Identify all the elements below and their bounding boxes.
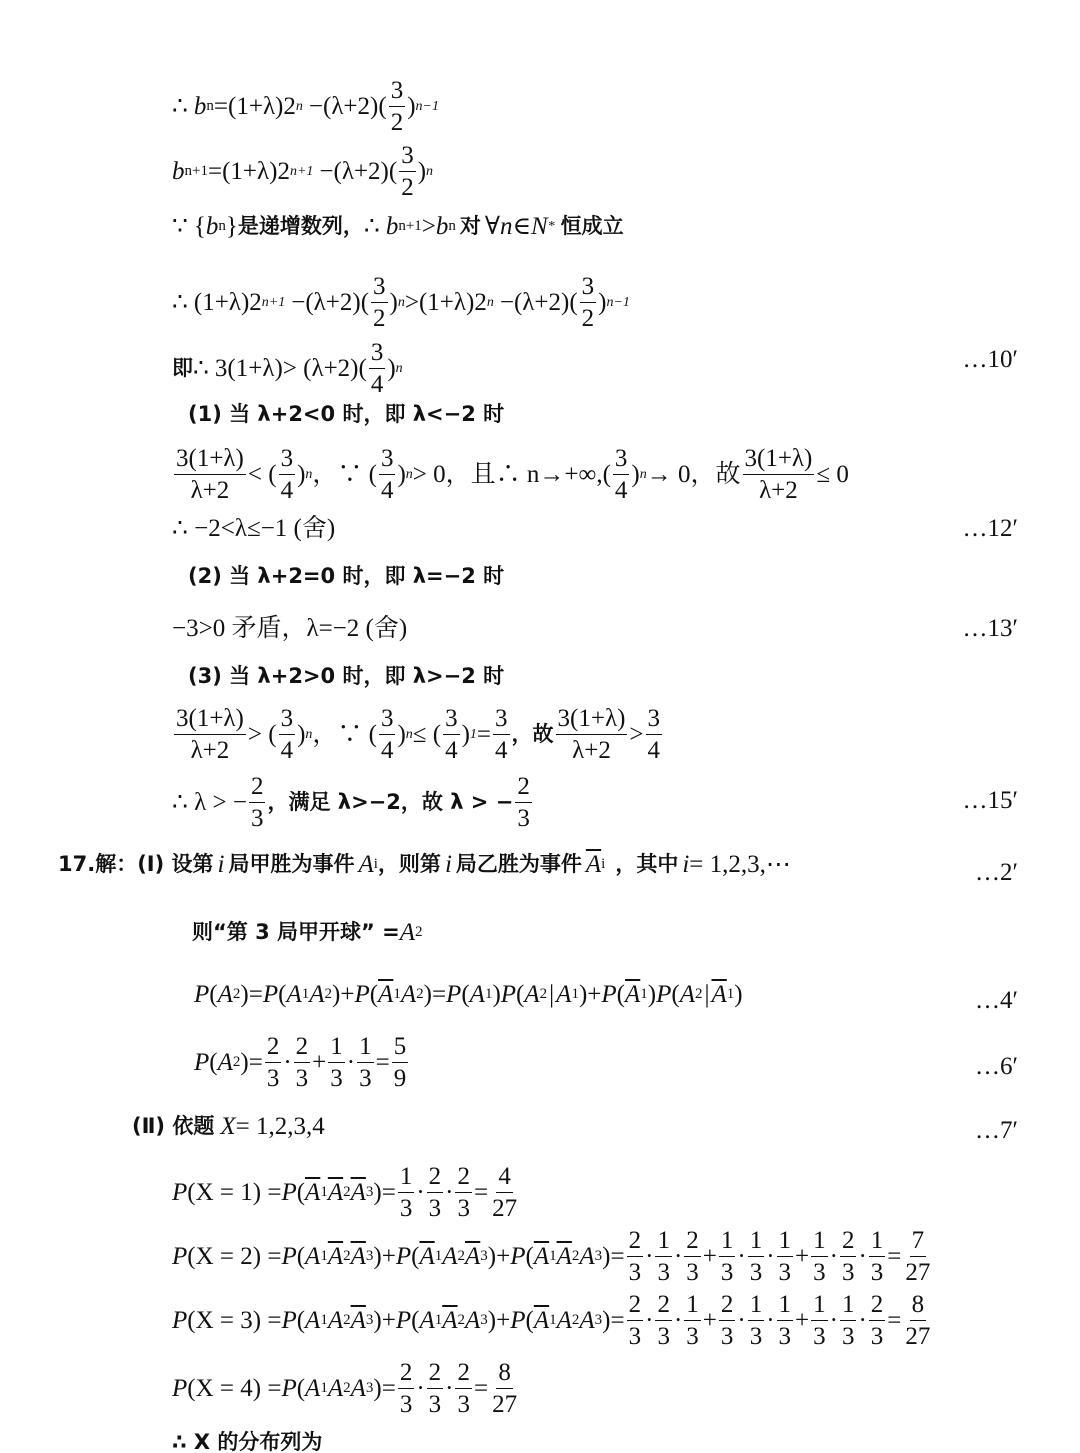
sub: 2 [458, 1249, 466, 1264]
sub: n+1 [185, 164, 208, 179]
text: ∴ X 的分布列为 [172, 1432, 322, 1453]
fraction: 13 [684, 1292, 701, 1349]
var-A: A [305, 1244, 320, 1269]
var-A: A [557, 1308, 572, 1333]
var-A: A [358, 852, 373, 877]
den: 3 [684, 1257, 701, 1285]
num: 1 [357, 1034, 374, 1063]
case-3-derivation: 3(1+λ)λ+2 > ( 34 )n ，∵ ( 34 )n ≤ ( 34 )1… [172, 706, 664, 763]
paren: ( [461, 982, 469, 1007]
plus: + [382, 1244, 396, 1269]
eq: = [887, 1244, 901, 1269]
case-3-heading: (3) 当 λ+2>0 时，即 λ>−2 时 [188, 666, 504, 687]
var-P: P [172, 1244, 187, 1269]
var-A-bar: A [625, 982, 640, 1007]
sub: 2 [415, 925, 423, 940]
den: 3 [328, 1063, 345, 1091]
sub: 2 [325, 987, 333, 1002]
num: 2 [840, 1228, 857, 1257]
term: (X = 1) = [187, 1180, 281, 1205]
den: 4 [279, 475, 296, 503]
num: 1 [719, 1228, 736, 1257]
num: 2 [655, 1292, 672, 1321]
paren: ) [602, 1244, 610, 1269]
term: > ( [248, 722, 277, 747]
dot: · [766, 1308, 774, 1333]
var-X: X [220, 1114, 235, 1139]
sup: n [640, 468, 647, 482]
var-P: P [281, 1180, 296, 1205]
den: 4 [493, 735, 510, 763]
sup: n [426, 165, 433, 179]
var-A: A [401, 982, 416, 1007]
score-marker-10: …10′ [963, 347, 1018, 372]
den: 27 [903, 1257, 932, 1285]
term: 3(1+λ) [215, 356, 283, 381]
sub: 2 [695, 987, 703, 1002]
text: (1) 当 λ+2<0 时，即 λ<−2 时 [188, 404, 504, 425]
den: 3 [398, 1389, 415, 1417]
paren: ( [209, 1050, 217, 1075]
var-b: b [206, 214, 219, 239]
paren: ) [488, 1244, 496, 1269]
paren: ) [397, 462, 405, 487]
given-bar: | [549, 982, 554, 1007]
var-b: b [194, 94, 207, 119]
den: 3 [357, 1063, 374, 1091]
plus: + [795, 1244, 809, 1269]
eq: = [477, 722, 491, 747]
term: (1+λ)2 [228, 94, 296, 119]
plus: + [382, 1308, 396, 1333]
sub: 3 [480, 1249, 488, 1264]
num: 2 [627, 1292, 644, 1321]
num: 5 [392, 1034, 409, 1063]
num: 3 [493, 706, 510, 735]
var-A: A [556, 982, 571, 1007]
var-P: P [501, 982, 516, 1007]
var-P: P [263, 982, 278, 1007]
text: (2) 当 λ+2=0 时，即 λ=−2 时 [188, 566, 504, 587]
paren: ) [418, 159, 426, 184]
den: 3 [748, 1257, 765, 1285]
var-A-bar: A [378, 982, 393, 1007]
paren: ) [462, 722, 470, 747]
num: 1 [777, 1292, 794, 1321]
equation-bn: ∴ bn = (1+λ)2n −(λ+2)( 32 )n−1 [172, 78, 439, 135]
score-marker-7: …7′ [975, 1118, 1018, 1143]
plus: + [795, 1308, 809, 1333]
fraction: 23 [455, 1360, 472, 1417]
den: λ+2 [757, 475, 800, 503]
question-17-event-def: 则“第 3 局甲开球” = A2 [192, 920, 423, 945]
probability-x1: P(X = 1) = P(A1A2A3) = 13· 23· 23 = 427 [172, 1164, 521, 1221]
dot: · [416, 1180, 424, 1205]
num: 2 [627, 1228, 644, 1257]
fraction: 23 [455, 1164, 472, 1221]
var-A: A [286, 982, 301, 1007]
den: 27 [490, 1389, 519, 1417]
num: 1 [840, 1292, 857, 1321]
term: = 1,2,3,4 [236, 1114, 325, 1139]
plus: + [312, 1050, 326, 1075]
den: 3 [294, 1063, 311, 1091]
var-P: P [510, 1244, 525, 1269]
text: 局乙胜为事件 [456, 854, 582, 875]
fraction-lambda: 3(1+λ)λ+2 [174, 446, 246, 503]
sub: 1 [320, 1313, 328, 1328]
den: 3 [627, 1257, 644, 1285]
eq: = [382, 1180, 396, 1205]
sub: i [601, 857, 605, 872]
fraction: 13 [840, 1292, 857, 1349]
term: ，∵ ( [312, 462, 377, 487]
fraction-3-2: 32 [371, 274, 388, 331]
num: 3(1+λ) [174, 706, 246, 735]
var-P: P [281, 1308, 296, 1333]
var-A: A [328, 1308, 343, 1333]
var-P: P [172, 1180, 187, 1205]
var-A-bar: A [351, 1180, 366, 1205]
plus: + [496, 1308, 510, 1333]
sub: 2 [540, 987, 548, 1002]
quantifier: ∀n∈N [485, 214, 548, 239]
num: 2 [515, 774, 532, 803]
fraction: 13 [811, 1292, 828, 1349]
plus: + [703, 1308, 717, 1333]
fraction-3-4: 34 [379, 446, 396, 503]
den: λ+2 [570, 735, 613, 763]
num: 3 [379, 706, 396, 735]
probability-x4: P(X = 4) = P(A1A2A3) = 23· 23· 23 = 827 [172, 1360, 521, 1417]
sup: * [548, 220, 555, 234]
paren: ( [297, 1244, 305, 1269]
var-P: P [396, 1308, 411, 1333]
sub: 1 [320, 1249, 328, 1264]
sub: 1 [549, 1249, 557, 1264]
den: 27 [903, 1321, 932, 1349]
term: ≤ 0 [816, 462, 848, 487]
num: 3 [379, 446, 396, 475]
paren: ) [373, 1308, 381, 1333]
paren: ) [297, 722, 305, 747]
paren: ) [734, 982, 742, 1007]
var-P: P [510, 1308, 525, 1333]
paren: ) [602, 1308, 610, 1333]
sup: n [396, 362, 403, 376]
fraction: 727 [903, 1228, 932, 1285]
den: 9 [392, 1063, 409, 1091]
term: −(λ+2)( [291, 290, 369, 315]
var-A: A [400, 920, 415, 945]
den: 4 [369, 369, 386, 397]
var-P: P [396, 1244, 411, 1269]
num: 2 [684, 1228, 701, 1257]
fraction-3-4: 34 [443, 706, 460, 763]
term: < ( [248, 462, 277, 487]
fraction-3-4: 34 [369, 340, 386, 397]
den: 3 [655, 1257, 672, 1285]
paren: ) [240, 982, 248, 1007]
num: 7 [910, 1228, 927, 1257]
plus: + [340, 982, 354, 1007]
fraction: 13 [748, 1228, 765, 1285]
num: 2 [398, 1360, 415, 1389]
den: 3 [427, 1193, 444, 1221]
dot: · [830, 1244, 838, 1269]
question-17-part-1-setup: 17.解：(Ⅰ) 设第 i 局甲胜为事件 Ai ，则第 i 局乙胜为事件 Ai … [58, 852, 791, 877]
var-A-bar: A [305, 1180, 320, 1205]
fraction-3-4: 34 [279, 446, 296, 503]
because-symbol: ∵ [172, 214, 188, 239]
term: ≤ ( [413, 722, 441, 747]
fraction: 827 [490, 1360, 519, 1417]
gt: > [405, 290, 419, 315]
sub: 1 [640, 987, 648, 1002]
num: 3(1+λ) [556, 706, 628, 735]
var-P: P [194, 1050, 209, 1075]
dot: · [766, 1244, 774, 1269]
fraction: 827 [903, 1292, 932, 1349]
sub: 3 [595, 1313, 603, 1328]
score-marker-12: …12′ [963, 516, 1018, 541]
den: 4 [443, 735, 460, 763]
num: 4 [496, 1164, 513, 1193]
text: ，满足 λ>−2，故 λ > − [267, 792, 513, 813]
sub: n+1 [398, 219, 421, 234]
num: 3 [279, 706, 296, 735]
den: 3 [249, 803, 266, 831]
eq: = [432, 982, 446, 1007]
den: 2 [580, 303, 597, 331]
sub: n [218, 219, 226, 234]
var-i: i [445, 852, 452, 877]
term: (1+λ)2 [419, 290, 487, 315]
term: → 0，故 [647, 462, 741, 487]
eq: = [214, 94, 228, 119]
var-A: A [305, 1376, 320, 1401]
term: ，∵ ( [312, 722, 377, 747]
num: 1 [777, 1228, 794, 1257]
brace: } [226, 214, 238, 239]
fraction: 23 [869, 1292, 886, 1349]
sub: 1 [320, 1185, 328, 1200]
fraction-3-2: 32 [580, 274, 597, 331]
fraction: 59 [392, 1034, 409, 1091]
fraction: 23 [684, 1228, 701, 1285]
var-A: A [305, 1308, 320, 1333]
num: 8 [496, 1360, 513, 1389]
var-P: P [281, 1376, 296, 1401]
fraction: 13 [777, 1228, 794, 1285]
therefore-symbol: ∴ [172, 290, 188, 315]
fraction: 13 [869, 1228, 886, 1285]
fraction-lambda: 3(1+λ)λ+2 [174, 706, 246, 763]
term: (1+λ)2 [194, 290, 262, 315]
increasing-sequence-statement: ∵ {bn} 是递增数列， ∴ bn+1 > bn 对 ∀n∈N* 恒成立 [172, 214, 624, 239]
den: 3 [811, 1257, 828, 1285]
eq: = [249, 1050, 263, 1075]
fraction: 13 [655, 1228, 672, 1285]
eq: = [474, 1180, 488, 1205]
therefore-symbol: ∴ [172, 94, 188, 119]
text: 则“第 3 局甲开球” = [192, 922, 400, 943]
paren: ) [373, 1376, 381, 1401]
num: 3 [369, 340, 386, 369]
var-P: P [194, 982, 209, 1007]
num: 2 [249, 774, 266, 803]
num: 3 [371, 274, 388, 303]
var-P: P [354, 982, 369, 1007]
num: 1 [398, 1164, 415, 1193]
den: 2 [371, 303, 388, 331]
text: ∴ −2<λ≤−1 (舍) [172, 516, 335, 541]
term: (X = 3) = [187, 1308, 281, 1333]
fraction: 13 [748, 1292, 765, 1349]
var-b: b [172, 159, 185, 184]
num: 3 [646, 706, 663, 735]
eq: = [382, 1376, 396, 1401]
fraction: 23 [655, 1292, 672, 1349]
fraction-3-2: 32 [399, 143, 416, 200]
num: 1 [811, 1228, 828, 1257]
var-A-bar: A [351, 1244, 366, 1269]
den: 3 [515, 803, 532, 831]
text: −3>0 矛盾，λ=−2 (舍) [172, 616, 407, 641]
text: ，故 [512, 724, 554, 745]
paren: ( [617, 982, 625, 1007]
var-A-bar: A [712, 982, 727, 1007]
eq: = [611, 1244, 625, 1269]
num: 8 [910, 1292, 927, 1321]
paren: ) [407, 94, 415, 119]
fraction-lambda: 3(1+λ)λ+2 [556, 706, 628, 763]
den: 3 [427, 1389, 444, 1417]
term: −(λ+2)( [319, 159, 397, 184]
brace: { [194, 214, 206, 239]
var-A: A [524, 982, 539, 1007]
paren: ) [373, 1244, 381, 1269]
eq: = [474, 1376, 488, 1401]
den: 3 [840, 1321, 857, 1349]
num: 2 [455, 1360, 472, 1389]
score-marker-4: …4′ [975, 988, 1018, 1013]
var-A-bar: A [534, 1308, 549, 1333]
sub: 2 [343, 1249, 351, 1264]
sub: 3 [366, 1185, 374, 1200]
num: 1 [748, 1292, 765, 1321]
var-i: i [682, 852, 689, 877]
probability-x3: P(X = 3) = P(A1A2A3) + P(A1A2A3) + P(A1A… [172, 1292, 934, 1349]
dot: · [416, 1376, 424, 1401]
var-A-bar: A [328, 1180, 343, 1205]
case-2-conclusion: −3>0 矛盾，λ=−2 (舍) [172, 616, 407, 641]
num: 3 [389, 78, 406, 107]
paren: ) [297, 462, 305, 487]
fraction: 13 [398, 1164, 415, 1221]
fraction: 13 [811, 1228, 828, 1285]
num: 2 [265, 1034, 282, 1063]
sup: n [487, 296, 494, 310]
num: 3 [613, 446, 630, 475]
paren: ) [579, 982, 587, 1007]
sub: n [206, 99, 214, 114]
fraction: 13 [357, 1034, 374, 1091]
fraction: 13 [328, 1034, 345, 1091]
paren: ) [488, 1308, 496, 1333]
dot: · [347, 1050, 355, 1075]
sub: 1 [485, 987, 493, 1002]
sub: n [448, 219, 456, 234]
num: 1 [811, 1292, 828, 1321]
fraction: 13 [777, 1292, 794, 1349]
den: 3 [655, 1321, 672, 1349]
sup: 1 [470, 728, 477, 742]
paren: ( [297, 1376, 305, 1401]
term: > 0，且∴ n→+∞,( [413, 462, 611, 487]
gt: > [422, 214, 436, 239]
den: 3 [869, 1257, 886, 1285]
num: 3(1+λ) [174, 446, 246, 475]
fraction: 427 [490, 1164, 519, 1221]
sup: n [406, 728, 413, 742]
sub: 1 [727, 987, 735, 1002]
den: 4 [613, 475, 630, 503]
paren: ( [297, 1180, 305, 1205]
var-A: A [328, 1376, 343, 1401]
num: 1 [869, 1228, 886, 1257]
distribution-heading: ∴ X 的分布列为 [172, 1432, 322, 1453]
paren: ) [424, 982, 432, 1007]
num: 1 [328, 1034, 345, 1063]
probability-x2: P(X = 2) = P(A1A2A3) + P(A1A2A3) + P(A1A… [172, 1228, 934, 1285]
case-3-conclusion: ∴ λ > − 23 ，满足 λ>−2，故 λ > − 23 [172, 774, 534, 831]
given-bar: | [705, 982, 710, 1007]
var-A-bar: A [465, 1244, 480, 1269]
den: 3 [748, 1321, 765, 1349]
dot: · [645, 1244, 653, 1269]
sub: 1 [393, 987, 401, 1002]
var-A: A [419, 1308, 434, 1333]
num: 1 [684, 1292, 701, 1321]
paren: ) [648, 982, 656, 1007]
fraction-3-4: 34 [379, 706, 396, 763]
den: 2 [389, 107, 406, 135]
den: 4 [646, 735, 663, 763]
simplified-inequality: 即 ∴ 3(1+λ) > (λ+2)( 34 )n [172, 340, 403, 397]
var-A-bar: A [351, 1308, 366, 1333]
var-P: P [172, 1376, 187, 1401]
var-P: P [656, 982, 671, 1007]
den: 3 [719, 1257, 736, 1285]
fraction-3-4: 34 [279, 706, 296, 763]
fraction: 23 [398, 1360, 415, 1417]
therefore-symbol: ∴ [364, 214, 380, 239]
num: 2 [455, 1164, 472, 1193]
fraction-3-4: 34 [493, 706, 510, 763]
probability-a2-value: P(A2) = 23 · 23 + 13 · 13 = 59 [194, 1034, 410, 1091]
num: 3(1+λ) [743, 446, 815, 475]
den: 3 [869, 1321, 886, 1349]
den: 3 [777, 1257, 794, 1285]
sup: n [398, 296, 405, 310]
num: 1 [748, 1228, 765, 1257]
var-A: A [309, 982, 324, 1007]
var-A: A [351, 1376, 366, 1401]
den: 3 [455, 1389, 472, 1417]
sup: n+1 [290, 165, 313, 179]
term: > (λ+2)( [283, 356, 367, 381]
